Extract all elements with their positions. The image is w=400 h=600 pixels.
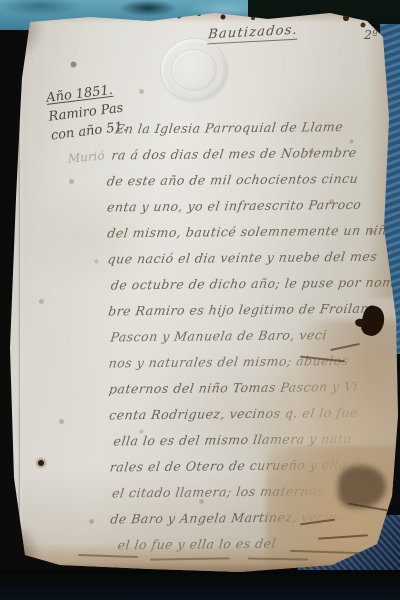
text-line: En la Iglesia Parroquial de Llame [104, 118, 395, 147]
text-line: de octubre de dicho año; le puse por nom [106, 274, 397, 303]
manuscript-page: Bautizados. 2ª Año 1851. Ramiro Pas con … [0, 8, 400, 584]
photograph: Bautizados. 2ª Año 1851. Ramiro Pas con … [0, 0, 400, 600]
text-line: el citado llamera; los maternos [108, 482, 399, 511]
text-line: enta y uno, yo el infraescrito Parroco [105, 196, 396, 225]
text-line: de Baro y Angela Martinez, vecinos [108, 508, 399, 537]
text-line: ra á dos dias del mes de Nobiembre [104, 144, 395, 173]
text-line: del mismo, bauticé solemnemente un niño [105, 222, 396, 251]
text-line: bre Ramiro es hijo legitimo de Froilan [106, 300, 397, 329]
text-line: ella lo es del mismo llamera y natu [107, 430, 398, 459]
embossed-seal [160, 38, 228, 102]
page-fold-crease [18, 28, 22, 556]
text-line: Pascon y Manuela de Baro, veci [106, 326, 397, 355]
page-header-bautizados: Bautizados. [207, 23, 298, 45]
baptism-record-text: En la Iglesia Parroquial de Llame ra á d… [104, 119, 397, 564]
text-line: que nació el dia veinte y nuebe del mes [105, 248, 396, 277]
text-line: centa Rodriguez, vecinos q. el lo fue [107, 404, 398, 433]
text-line: paternos del niño Tomas Pascon y Vi [107, 378, 398, 407]
worm-hole [38, 460, 44, 466]
text-line: rales el de Otero de curueño y ella de [108, 456, 399, 485]
text-line: nos y naturales del mismo; abuelos [106, 352, 397, 381]
bottom-shadow [0, 570, 400, 600]
text-line: de este año de mil ochocientos cincu [105, 170, 396, 199]
